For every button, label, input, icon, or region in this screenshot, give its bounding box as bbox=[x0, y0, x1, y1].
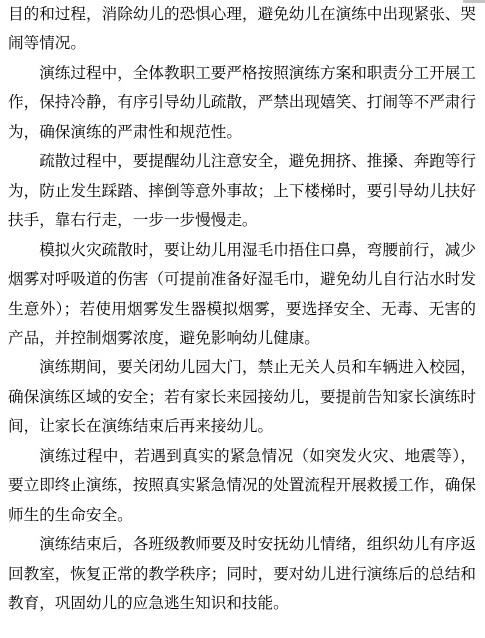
document-page: 目的和过程，消除幼儿的恐惧心理，避免幼儿在演练中出现紧张、哭闹等情况。 演练过程… bbox=[0, 0, 485, 638]
paragraph: 演练结束后，各班级教师要及时安抚幼儿情绪，组织幼儿有序返回教室，恢复正常的教学秩… bbox=[8, 530, 476, 618]
paragraph: 疏散过程中，要提醒幼儿注意安全，避免拥挤、推搡、奔跑等行为，防止发生踩踏、摔倒等… bbox=[8, 147, 476, 235]
paragraph: 演练期间，要关闭幼儿园大门，禁止无关人员和车辆进入校园，确保演练区域的安全；若有… bbox=[8, 353, 476, 441]
paragraph-continuation: 目的和过程，消除幼儿的恐惧心理，避免幼儿在演练中出现紧张、哭闹等情况。 bbox=[8, 0, 476, 59]
paragraph: 模拟火灾疏散时，要让幼儿用湿毛巾捂住口鼻，弯腰前行，减少烟雾对呼吸道的伤害（可提… bbox=[8, 236, 476, 354]
scrollbar-thumb-fragment[interactable] bbox=[463, 0, 485, 3]
paragraph: 演练过程中，全体教职工要严格按照演练方案和职责分工开展工作，保持冷静，有序引导幼… bbox=[8, 59, 476, 147]
paragraph: 演练过程中，若遇到真实的紧急情况（如突发火灾、地震等），要立即终止演练，按照真实… bbox=[8, 442, 476, 530]
